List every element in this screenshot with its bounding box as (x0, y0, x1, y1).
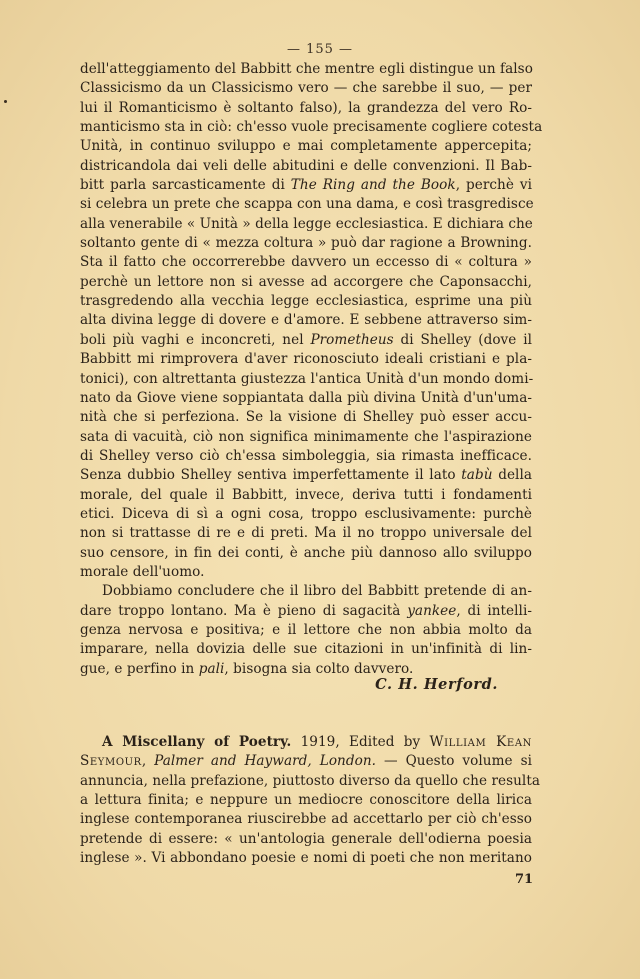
text-line: si celebra un prete che scappa con una d… (80, 195, 532, 214)
margin-speck (4, 100, 7, 103)
text-line: morale, del quale il Babbitt, invece, de… (80, 486, 532, 505)
book-publisher: Palmer and Hayward, London. (154, 753, 376, 769)
text-line: soltanto gente di « mezza coltura » può … (80, 234, 532, 253)
review-miscellany-text: A Miscellany of Poetry. 1919, Edited by … (80, 733, 532, 868)
book-editor-last: Seymour (80, 753, 142, 769)
text-line: inglese ». Vi abbondano poesie e nomi di… (80, 849, 532, 868)
footer-page-number: 71 (515, 872, 533, 887)
text-line: Dobbiamo concludere che il libro del Bab… (80, 582, 532, 601)
italic-title: yankee (407, 603, 456, 619)
book-year-edited: 1919, Edited by (291, 734, 429, 750)
review-miscellany-body: annuncia, nella prefazione, piuttosto di… (80, 772, 532, 869)
text-line: inglese contemporanea riuscirebbe ad acc… (80, 810, 532, 829)
header-page-number: — 155 — (0, 42, 640, 57)
text-line: boli più vaghi e inconcreti, nel Prometh… (80, 331, 532, 350)
text-line: annuncia, nella prefazione, piuttosto di… (80, 772, 532, 791)
text-line: di Shelley verso ciò ch'essa simboleggia… (80, 447, 532, 466)
text-line: Babbitt mi rimprovera d'aver riconosciut… (80, 350, 532, 369)
text-line: Unità, in continuo sviluppo e mai comple… (80, 137, 532, 156)
text-line: non si trattasse di re e di preti. Ma il… (80, 524, 532, 543)
text-line: alla venerabile « Unità » della legge ec… (80, 215, 532, 234)
text-line: etici. Diceva di sì a ogni cosa, troppo … (80, 505, 532, 524)
review-herford-text: dell'atteggiamento del Babbitt che mentr… (80, 60, 532, 679)
text-line: nità che si perfeziona. Se la visione di… (80, 408, 532, 427)
text-line: nato da Giove viene soppiantata dalla pi… (80, 389, 532, 408)
text-line: sata di vacuità, ciò non significa minim… (80, 428, 532, 447)
text-line: Senza dubbio Shelley sentiva imperfettam… (80, 466, 532, 485)
text-line: imparare, nella dovizia delle sue citazi… (80, 640, 532, 659)
text-line: lui il Romanticismo è soltanto falso), l… (80, 99, 532, 118)
author-signature: C. H. Herford. (375, 676, 498, 693)
text-line: morale dell'uomo. (80, 563, 532, 582)
text-line: genza nervosa e positiva; e il lettore c… (80, 621, 532, 640)
text-line: suo censore, in fin dei conti, è anche p… (80, 544, 532, 563)
text-line: manticismo sta in ciò: ch'esso vuole pre… (80, 118, 532, 137)
text-line: trasgredendo alla vecchia legge ecclesia… (80, 292, 532, 311)
text-line: perchè un lettore non si avesse ad accor… (80, 273, 532, 292)
text-line: Sta il fatto che occorrerebbe davvero un… (80, 253, 532, 272)
text-line: tonici), con altrettanta giustezza l'ant… (80, 370, 532, 389)
text-line: alta divina legge di dovere e d'amore. E… (80, 311, 532, 330)
text-line: dell'atteggiamento del Babbitt che mentr… (80, 60, 532, 79)
italic-title: Prometheus (310, 332, 393, 348)
italic-title: pali (199, 661, 225, 677)
review-heading-line: A Miscellany of Poetry. 1919, Edited by … (80, 733, 532, 752)
text-line: bitt parla sarcasticamente di The Ring a… (80, 176, 532, 195)
review-opening: — Questo volume si (376, 753, 532, 769)
italic-title: tabù (461, 467, 492, 483)
review-heading-line-2: Seymour, Palmer and Hayward, London. — Q… (80, 752, 532, 771)
text-line: dare troppo lontano. Ma è pieno di sagac… (80, 602, 532, 621)
book-title: A Miscellany of Poetry. (102, 734, 291, 750)
text-line: a lettura finita; e neppure un mediocre … (80, 791, 532, 810)
book-editor-first: William Kean (430, 734, 532, 750)
text-line: districandola dai veli delle abitudini e… (80, 157, 532, 176)
text-line: Classicismo da un Classicismo vero — che… (80, 79, 532, 98)
italic-title: The Ring and the Book (291, 177, 456, 193)
text-line: pretende di essere: « un'antologia gener… (80, 830, 532, 849)
